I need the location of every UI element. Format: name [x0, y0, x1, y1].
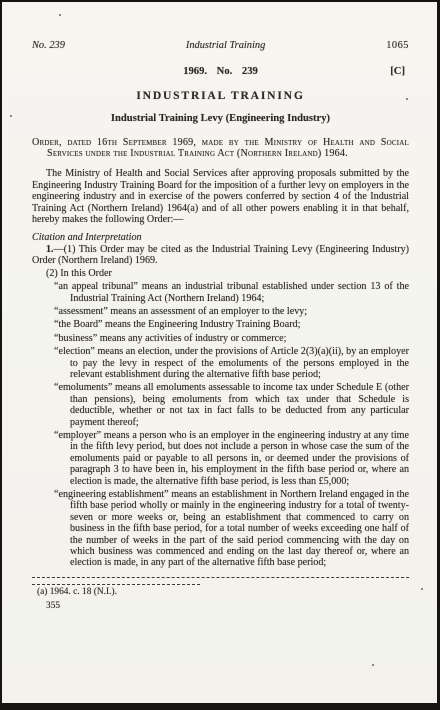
definition-engineering-establishment: “engineering establishment” means an est… [70, 489, 409, 569]
preamble-paragraph: The Ministry of Health and Social Servic… [32, 168, 409, 225]
definition-election: “election” means an election, under the … [70, 346, 409, 380]
definition-assessment: “assessment” means an assessment of an e… [70, 306, 409, 317]
footnote-rule [32, 577, 409, 578]
running-head-series-title: Industrial Training [186, 40, 265, 51]
scan-speck [421, 588, 423, 590]
scan-speck [59, 14, 61, 16]
definition-appeal-tribunal: “an appeal tribunal” means an industrial… [70, 281, 409, 304]
section-heading: Citation and Interpretation [32, 232, 409, 243]
running-head: No. 239 Industrial Training 1065 [32, 40, 409, 51]
clause-1-1: 1.—(1) This Order may be cited as the In… [32, 244, 409, 267]
order-caption: Order, dated 16th September 1969, made b… [32, 137, 409, 160]
clause-1-2: (2) In this Order [32, 268, 409, 279]
running-head-doc-no: No. 239 [32, 40, 65, 51]
scan-speck [10, 115, 12, 117]
definition-emoluments: “emoluments” means all emoluments assess… [70, 382, 409, 428]
printers-signature-mark: 355 [32, 601, 409, 612]
scan-speck [260, 248, 262, 251]
page-content: No. 239 Industrial Training 1065 1969. N… [2, 2, 437, 613]
scan-speck [406, 98, 408, 100]
page-title: INDUSTRIAL TRAINING [32, 90, 409, 101]
definition-business: “business” means any activities of indus… [70, 333, 409, 344]
clause-number: 1. [46, 244, 54, 255]
footnote-rule-short [32, 584, 200, 585]
order-number: 1969. No. 239 [183, 66, 258, 77]
definition-employer: “employer” means a person who is an empl… [70, 430, 409, 487]
running-head-page-number: 1065 [386, 40, 409, 51]
scan-speck [372, 664, 374, 666]
footnote-citation: (a) 1964. c. 18 (N.I.). [32, 587, 409, 598]
order-number-line: 1969. No. 239 [C] [32, 66, 409, 77]
scanned-document-page: No. 239 Industrial Training 1065 1969. N… [0, 0, 440, 710]
definition-the-board: “the Board” means the Engineering Indust… [70, 319, 409, 330]
order-subtitle: Industrial Training Levy (Engineering In… [32, 113, 409, 124]
definitions-list: “an appeal tribunal” means an industrial… [32, 281, 409, 569]
classification-mark: [C] [390, 66, 405, 77]
clause-1-1-text: —(1) This Order may be cited as the Indu… [32, 244, 409, 266]
